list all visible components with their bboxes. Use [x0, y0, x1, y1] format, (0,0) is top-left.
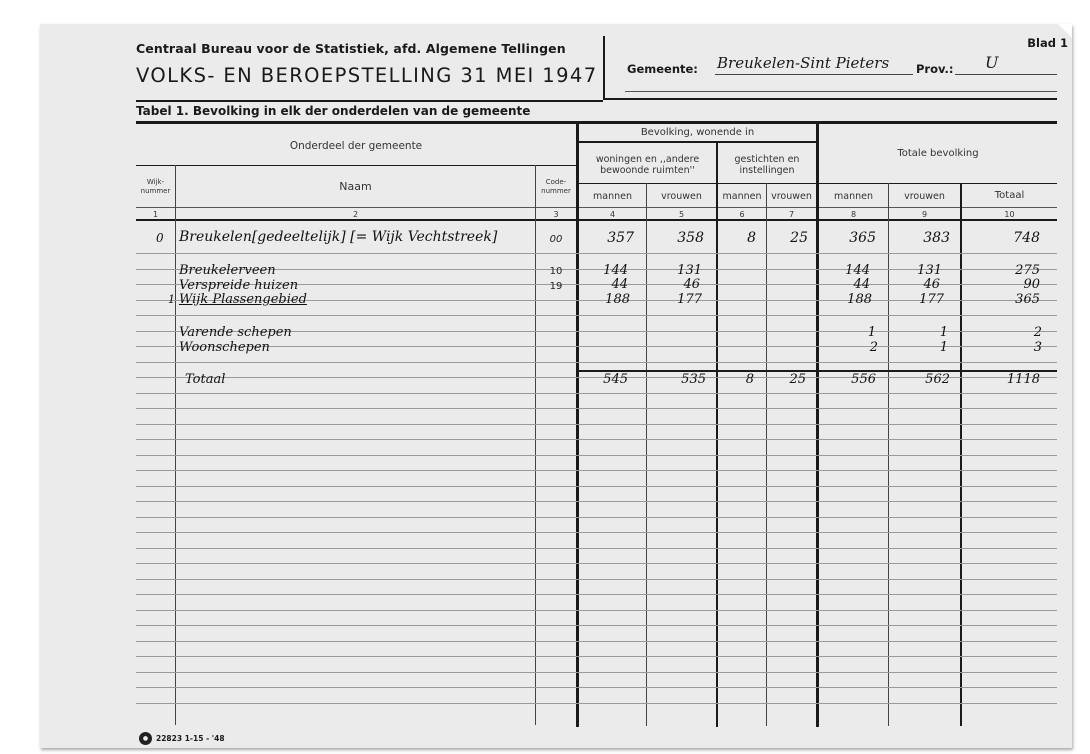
- header-mannen-4: mannen: [579, 191, 646, 203]
- header-gestichten: gestichten en instellingen: [718, 154, 816, 176]
- header-codenummer: Code-nummer: [536, 178, 576, 196]
- cell-totaal-10: 90: [962, 277, 1040, 292]
- form-title: VOLKS- EN BEROEPSTELLING 31 MEI 1947: [136, 64, 598, 87]
- organization-name: Centraal Bureau voor de Statistiek, afd.…: [136, 41, 566, 56]
- cell-vrouwen-9: 383: [890, 230, 950, 246]
- cell-mannen-8: 44: [820, 277, 870, 292]
- cell-vrouwen-5: 535: [648, 372, 706, 387]
- prov-label: Prov.:: [916, 62, 954, 76]
- col-number-9: 9: [889, 210, 960, 219]
- cell-vrouwen-9: 1: [890, 340, 948, 355]
- cell-mannen-8: 365: [820, 230, 876, 246]
- cell-totaal-10: 748: [962, 230, 1040, 246]
- header-totaal-10: Totaal: [962, 190, 1057, 202]
- cell-mannen-8: 188: [820, 292, 872, 307]
- hdr-line-colnumbers: [136, 219, 1057, 221]
- cell-vrouwen-7: 25: [768, 372, 806, 387]
- gemeente-label: Gemeente:: [627, 62, 698, 76]
- cell-mannen-4: 357: [580, 230, 634, 246]
- cell-totaal-10: 1118: [962, 372, 1040, 387]
- cell-totaal-10: 3: [962, 340, 1042, 355]
- hdr-line-colnames: [136, 207, 1057, 208]
- hdr-line-onderdeel: [136, 165, 576, 166]
- header-woningen: woningen en ,,andere bewoonde ruimten'': [579, 154, 716, 176]
- cell-vrouwen-5: 358: [648, 230, 704, 246]
- col-number-2: 2: [176, 210, 535, 219]
- header-line-1: [625, 91, 1057, 92]
- sheet-number: Blad 1: [1027, 36, 1068, 50]
- cell-vrouwen-9: 131: [890, 263, 942, 278]
- cell-mannen-6: 8: [720, 230, 756, 246]
- cell-vrouwen-9: 1: [890, 325, 948, 340]
- wijk-number: 0: [156, 231, 164, 245]
- header-bevolking-wonende: Bevolking, wonende in: [579, 127, 816, 139]
- header-onderdeel: Onderdeel der gemeente: [136, 140, 576, 152]
- cell-mannen-4: 545: [580, 372, 628, 387]
- header-vrouwen-5: vrouwen: [647, 191, 716, 203]
- cell-mannen-6: 8: [720, 372, 754, 387]
- cell-vrouwen-9: 177: [890, 292, 944, 307]
- col-number-3: 3: [536, 210, 576, 219]
- col-number-4: 4: [579, 210, 646, 219]
- cell-vrouwen-5: 177: [648, 292, 702, 307]
- header-vrouwen-9: vrouwen: [889, 191, 960, 203]
- header-mannen-6: mannen: [718, 191, 766, 203]
- census-form-sheet: Centraal Bureau voor de Statistiek, afd.…: [40, 24, 1072, 748]
- cell-vrouwen-7: 25: [768, 230, 808, 246]
- wijk-number: 1: [168, 293, 175, 306]
- cell-mannen-4: 44: [580, 277, 628, 292]
- header-mannen-8: mannen: [819, 191, 888, 203]
- col-number-10: 10: [962, 210, 1057, 219]
- cell-totaal-10: 365: [962, 292, 1040, 307]
- cell-mannen-8: 556: [820, 372, 876, 387]
- cell-vrouwen-9: 46: [890, 277, 940, 292]
- row-naam: Woonschepen: [179, 340, 270, 355]
- table-title: Tabel 1. Bevolking in elk der onderdelen…: [136, 104, 530, 118]
- prov-underline: [955, 74, 1057, 75]
- col-number-8: 8: [819, 210, 888, 219]
- footer-code: 22823 1-15 - '48: [156, 734, 225, 743]
- row-code: 10: [535, 266, 577, 277]
- cell-mannen-8: 2: [820, 340, 878, 355]
- cell-vrouwen-9: 562: [890, 372, 950, 387]
- cell-mannen-8: 144: [820, 263, 870, 278]
- row-naam: Verspreide huizen: [179, 278, 298, 293]
- cell-mannen-4: 188: [580, 292, 630, 307]
- row-code: 00: [535, 234, 577, 245]
- cell-mannen-8: 1: [820, 325, 876, 340]
- prov-value[interactable]: U: [985, 53, 998, 72]
- col-number-5: 5: [647, 210, 716, 219]
- col-number-6: 6: [718, 210, 766, 219]
- row-naam: Varende schepen: [179, 325, 292, 340]
- col-number-7: 7: [767, 210, 816, 219]
- cell-totaal-10: 2: [962, 325, 1042, 340]
- cell-vrouwen-5: 46: [648, 277, 700, 292]
- title-rule-bottom: [136, 121, 1057, 124]
- row-code: 19: [535, 281, 577, 292]
- col-number-1: 1: [136, 210, 175, 219]
- header-line-2: [605, 98, 1057, 100]
- print-footer: ● 22823 1-15 - '48: [139, 732, 225, 745]
- title-rule-top: [136, 100, 603, 102]
- header-wijknummer: Wijk-nummer: [136, 178, 175, 196]
- cell-vrouwen-5: 131: [648, 263, 702, 278]
- col-line-5: [716, 141, 718, 727]
- row-naam: Breukelerveen: [179, 263, 276, 278]
- cell-mannen-4: 144: [580, 263, 628, 278]
- row-naam: Totaal: [185, 372, 225, 387]
- row-naam: Wijk Plassengebied: [179, 292, 307, 307]
- gemeente-value[interactable]: Breukelen-Sint Pieters: [717, 54, 889, 72]
- header-divider: [603, 36, 605, 100]
- cell-totaal-10: 275: [962, 263, 1040, 278]
- logo-icon: ●: [139, 732, 152, 745]
- header-vrouwen-7: vrouwen: [767, 191, 816, 203]
- header-totale-bevolking: Totale bevolking: [819, 148, 1057, 160]
- gemeente-underline: [715, 74, 913, 75]
- row-naam: Breukelen[gedeeltelijk] [= Wijk Vechtstr…: [179, 229, 497, 245]
- header-naam: Naam: [176, 181, 535, 193]
- hdr-line-bevolking: [576, 141, 818, 143]
